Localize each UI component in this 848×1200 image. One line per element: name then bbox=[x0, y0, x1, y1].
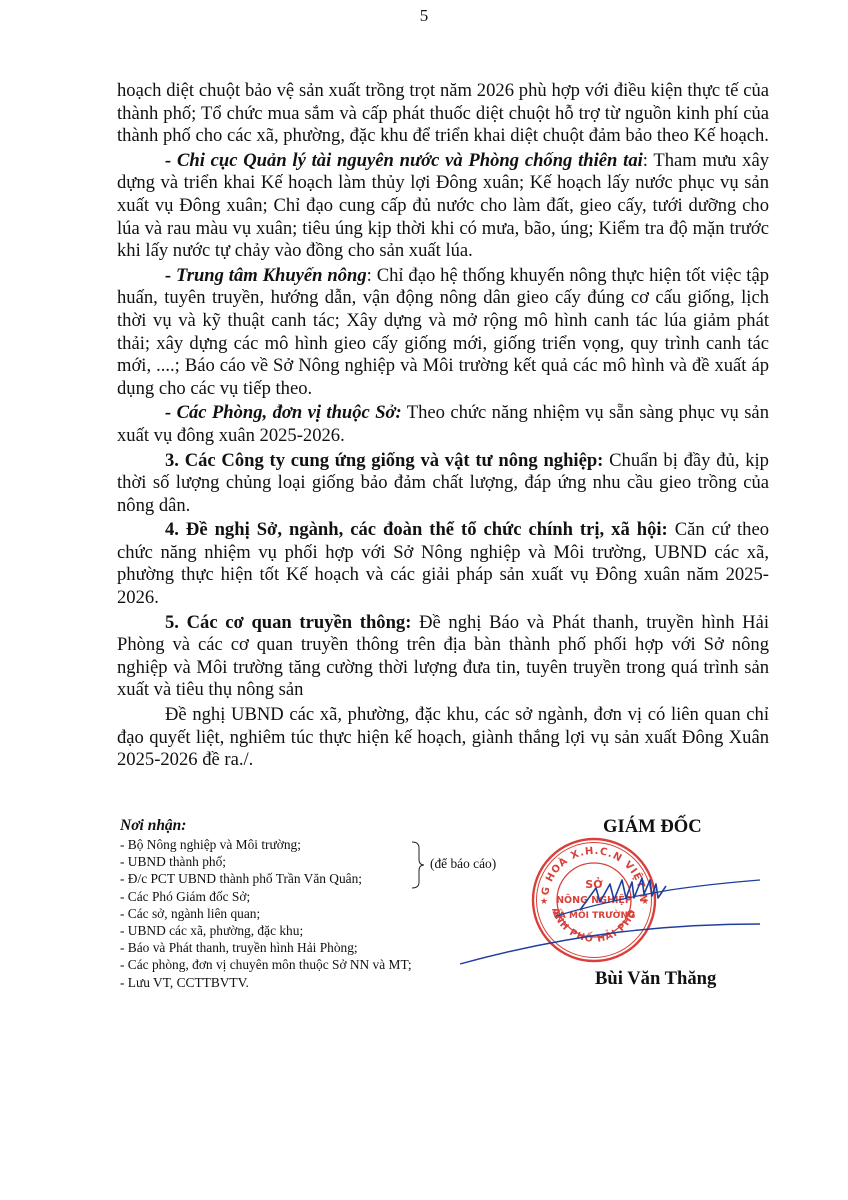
paragraph-section-5: 5. Các cơ quan truyền thông: Đề nghị Báo… bbox=[117, 612, 769, 702]
curly-brace-icon bbox=[411, 840, 425, 890]
section-heading: 4. Đề nghị Sở, ngành, các đoàn thể tổ ch… bbox=[165, 519, 668, 540]
recipient-item: - Bộ Nông nghiệp và Môi trường; bbox=[120, 836, 540, 853]
paragraph-departments: - Các Phòng, đơn vị thuộc Sở: Theo chức … bbox=[117, 402, 769, 447]
paragraph-lead: - Các Phòng, đơn vị thuộc Sở: bbox=[165, 402, 402, 423]
signer-name: Bùi Văn Thăng bbox=[595, 968, 716, 990]
document-body: hoạch diệt chuột bảo vệ sản xuất trồng t… bbox=[117, 80, 769, 774]
handwritten-signature-icon bbox=[460, 858, 760, 968]
paragraph-closing: Đề nghị UBND các xã, phường, đặc khu, cá… bbox=[117, 704, 769, 772]
paragraph-rat-control-continuation: hoạch diệt chuột bảo vệ sản xuất trồng t… bbox=[117, 80, 769, 148]
section-heading: 5. Các cơ quan truyền thông: bbox=[165, 612, 411, 633]
recipients-title: Nơi nhận: bbox=[120, 817, 540, 835]
recipient-item: - Lưu VT, CCTTBVTV. bbox=[120, 974, 540, 991]
paragraph-lead: - Chi cục Quản lý tài nguyên nước và Phò… bbox=[165, 150, 643, 171]
paragraph-lead: - Trung tâm Khuyến nông bbox=[165, 265, 367, 286]
paragraph-section-3: 3. Các Công ty cung ứng giống và vật tư … bbox=[117, 450, 769, 518]
paragraph-water-resources: - Chi cục Quản lý tài nguyên nước và Phò… bbox=[117, 150, 769, 263]
paragraph-extension-center: - Trung tâm Khuyến nông: Chỉ đạo hệ thốn… bbox=[117, 265, 769, 401]
section-heading: 3. Các Công ty cung ứng giống và vật tư … bbox=[165, 450, 603, 471]
page-number: 5 bbox=[0, 6, 848, 26]
paragraph-section-4: 4. Đề nghị Sở, ngành, các đoàn thể tổ ch… bbox=[117, 519, 769, 609]
signer-title: GIÁM ĐỐC bbox=[603, 816, 702, 838]
